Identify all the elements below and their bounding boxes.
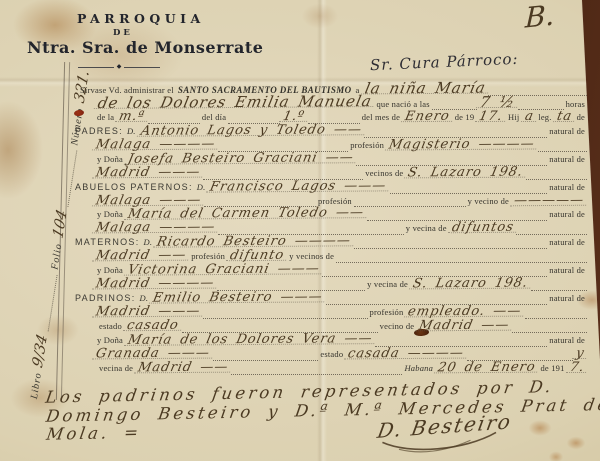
photo-background: PARROQUIA DE Ntra. Sra. de Monserrate ◆ … [0,0,600,461]
printed-text: natural de [547,126,587,136]
printed-text: estado [97,321,124,331]
signature-block: D. Besteiro [377,409,514,458]
handwritten-annotation: B. [524,0,554,35]
paper-document: PARROQUIA DE Ntra. Sra. de Monserrate ◆ … [0,0,600,461]
form-line: de los Dolores Emilia Manuelaque nació a… [75,98,587,112]
handwritten-text: Victorina Graciani ——— [124,264,324,275]
printed-text: de [575,112,587,122]
handwritten-text: a [520,112,537,122]
printed-text: natural de [547,209,587,219]
handwritten-text: difunto [226,251,288,261]
salutation: Sr. Cura Párroco: [370,50,519,74]
printed-text: natural de [547,237,587,247]
handwritten-text: Francisco Lagos ——— [206,181,390,192]
printed-text: natural de [547,182,587,192]
printed-text: y Doña [95,209,125,219]
handwritten-text: casada ———— [344,348,468,359]
handwritten-text: Madrid —— [134,362,232,373]
dotted-leader-short [525,318,587,319]
dotted-leader-short [538,151,587,152]
printed-text: del día [200,112,228,122]
divider-diamond-icon: ◆ [114,64,125,70]
handwritten-text: 20 de Enero [434,362,540,373]
printed-text: natural de [547,293,587,303]
printed-text: profesión [348,140,386,150]
printed-text: natural de [547,265,587,275]
dotted-leader-short [526,179,587,180]
printed-text: de 19 [453,112,477,122]
handwritten-text: 7. [566,363,588,373]
printed-text: natural de [547,154,587,164]
handwritten-text: m.ª [115,112,149,122]
handwritten-text: Madrid —— [415,321,513,332]
handwritten-text: casado [123,321,183,331]
handwritten-text-large: la niña María [360,84,489,95]
dotted-leader [336,262,587,263]
printed-text: y vecina de [404,223,449,233]
printed-text: leg. [536,112,553,122]
dotted-leader [231,374,402,375]
ornament-divider: ◆ [78,64,160,70]
printed-text: profesión [316,196,354,206]
handwritten-text: S. Lazaro 198. [404,167,527,178]
printed-text: natural de [547,335,587,345]
printed-italic-text: D. [125,126,138,136]
printed-text: y Doña [95,265,125,275]
handwritten-text: Madrid —— [92,251,190,262]
printed-text: y Doña [95,335,125,345]
handwritten-text: y [572,349,588,359]
printed-text: estado [318,349,345,359]
handwritten-text: 1.º [279,112,309,122]
dotted-leader-short [512,332,587,333]
printed-text: vecinos de [363,168,405,178]
handwritten-text: Ricardo Besteiro ———— [153,237,355,248]
handwritten-text: Madrid ———— [92,279,218,290]
printed-text: de 191 [538,363,566,373]
handwritten-text: 104 [54,209,68,240]
handwritten-text: 17. [475,112,507,122]
section-label: ABUELOS PATERNOS: [75,182,195,192]
handwritten-text: Magisterio ———— [385,139,539,150]
header-de: DE [113,28,133,38]
printed-text: y vecinos de [287,251,336,261]
handwritten-text: difuntos [448,223,518,233]
dotted-leader [203,318,367,319]
printed-text: vecino de [378,321,417,331]
printed-italic-text: Habana [402,363,435,373]
handwritten-text: ta [553,112,576,122]
printed-text: Hij [506,112,521,122]
printed-text: que nació a las [374,99,431,109]
header-parish-name: Ntra. Sra. de Monserrate [27,38,263,57]
printed-text: profesión [189,251,227,261]
section-label: PADRINOS: [75,293,138,303]
form-line: vecina deMadrid ——Habana20 de Enerode 19… [75,363,587,377]
handwritten-text: Malaga ———— [92,223,219,234]
handwritten-text: Malaga ——— [92,195,205,206]
handwritten-text: Antonio Lagos y Toledo —— [136,125,365,137]
handwritten-text: Enero [401,112,454,122]
printed-text: de la [95,112,116,122]
handwritten-text: Josefa Besteiro Graciani —— [124,153,358,165]
handwritten-text: 9/34 [33,333,48,369]
section-label: PADRES: [75,126,125,136]
handwritten-text-large: 7 ½ [476,98,519,108]
handwritten-text-large: de los Dolores Emilia Manuela [94,97,376,109]
handwritten-text: Madrid ——— [92,167,204,178]
printed-text: Libro [29,372,44,400]
header-parroquia: PARROQUIA [77,11,205,26]
divider-line [78,67,114,68]
dotted-leader [518,109,563,110]
dotted-leader [354,206,466,207]
handwritten-text: ————— [510,195,588,206]
printed-text: profesión [368,307,406,317]
printed-text: y vecino de [466,196,511,206]
handwritten-text: María de los Dolores Vera —— [124,334,377,346]
dotted-leader [48,275,58,331]
baptism-form: Sírvase Vd. administrar el SANTO SACRAME… [75,84,587,377]
printed-text: y Doña [95,154,125,164]
handwritten-text: Granada ——— [92,348,214,359]
section-label: MATERNOS: [75,237,142,247]
printed-text: vecina de [97,363,135,373]
handwritten-text: Madrid ——— [92,307,204,318]
divider-line [124,67,160,68]
printed-text: horas [564,99,587,109]
dotted-leader [354,248,547,249]
handwritten-text: María del Carmen Toledo —— [124,209,368,221]
printed-text: y vecina de [365,279,410,289]
handwritten-text: Malaga ———— [92,139,219,150]
handwritten-text: S. Lazaro 198. [409,279,532,290]
dotted-leader-short [531,290,587,291]
printed-text: del mes de [360,112,402,122]
handwritten-text: empleado. —— [404,307,525,318]
form-line: Madrid ————y vecina deS. Lazaro 198. [75,279,587,293]
dotted-leader-short [516,234,587,235]
handwritten-text: Emilio Besteiro ——— [149,292,327,303]
